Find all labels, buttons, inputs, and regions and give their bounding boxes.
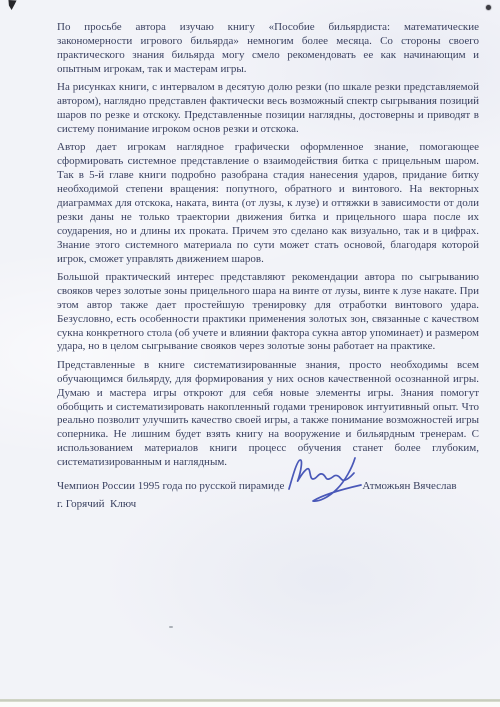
paragraph-recommendations: Большой практический интерес представляю…: [57, 271, 479, 354]
paragraph-knowledge: Автор дает игрокам наглядное графически …: [57, 141, 479, 266]
letter-body: По просьбе автора изучаю книгу «Пособие …: [57, 21, 479, 511]
paragraph-figures: На рисунках книги, с интервалом в десяту…: [57, 81, 479, 137]
signer-city: г. Горячий Ключ: [57, 498, 479, 512]
scan-dot-artifact: [486, 5, 491, 10]
closing-line: Чемпион России 1995 года по русской пира…: [57, 477, 479, 494]
staple-mark-icon: [8, 0, 17, 10]
signature: [285, 477, 361, 489]
signer-name: Атможьян Вячеслав: [362, 480, 456, 494]
scan-background-strip: [0, 702, 500, 707]
paragraph-intro: По просьбе автора изучаю книгу «Пособие …: [57, 21, 479, 77]
closing-block: Чемпион России 1995 года по русской пира…: [57, 477, 479, 511]
closing-title: Чемпион России 1995 года по русской пира…: [57, 480, 284, 494]
scanned-page: По просьбе автора изучаю книгу «Пособие …: [0, 0, 500, 707]
paper-speck-artifact: [169, 626, 173, 628]
paragraph-conclusion: Представленные в книге систематизированн…: [57, 359, 479, 470]
